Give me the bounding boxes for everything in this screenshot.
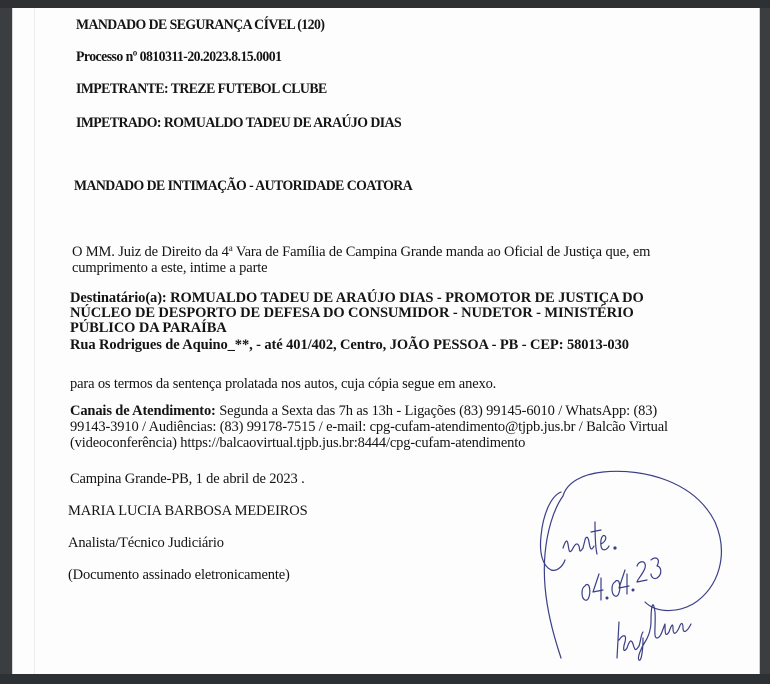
service-channels-line-1: Canais de Atendimento: Segunda a Sexta d…: [70, 403, 657, 419]
recipient-line-3: PÚBLICO DA PARAÍBA: [70, 321, 227, 336]
recipient-line-2: NÚCLEO DE DESPORTO DE DEFESA DO CONSUMID…: [70, 306, 634, 321]
viewer-top-bar: [0, 0, 770, 8]
service-channels-hours: Segunda a Sexta das 7h as 13h - Ligações…: [216, 403, 657, 419]
impetrante: IMPETRANTE: TREZE FUTEBOL CLUBE: [76, 81, 327, 98]
signer-name: MARIA LUCIA BARBOSA MEDEIROS: [68, 503, 308, 519]
service-channels-line-2: 99143-3910 / Audiências: (83) 99178-7515…: [70, 419, 668, 435]
recipient-line-1: Destinatário(a): ROMUALDO TADEU DE ARAÚJ…: [70, 291, 644, 306]
document-title: MANDADO DE SEGURANÇA CÍVEL (120): [76, 17, 324, 34]
intro-text-before: O MM. Juiz de Direito da 4: [72, 244, 229, 260]
process-number: Processo nº 0810311-20.2023.8.15.0001: [76, 49, 281, 66]
intro-text-after: Vara de Família de Campina Grande manda …: [233, 244, 651, 260]
page-edge-line: [34, 8, 35, 674]
intro-line-1: O MM. Juiz de Direito da 4a Vara de Famí…: [72, 244, 650, 260]
recipient-address: Rua Rodrigues de Aquino_**, - até 401/40…: [70, 338, 629, 353]
service-channels-line-3: (videoconferência) https://balcaovirtual…: [70, 435, 525, 451]
impetrado: IMPETRADO: ROMUALDO TADEU DE ARAÚJO DIAS: [76, 115, 401, 132]
terms-text: para os termos da sentença prolatada nos…: [70, 376, 496, 392]
mandate-subject: MANDADO DE INTIMAÇÃO - AUTORIDADE COATOR…: [74, 178, 412, 195]
viewer-bottom-bar: [0, 674, 770, 684]
signer-role: Analista/Técnico Judiciário: [68, 535, 224, 551]
handwritten-signature-icon: [505, 462, 748, 666]
signature-note: (Documento assinado eletronicamente): [68, 567, 290, 583]
service-channels-label: Canais de Atendimento:: [70, 403, 216, 419]
place-and-date: Campina Grande-PB, 1 de abril de 2023 .: [70, 471, 305, 487]
intro-line-2: cumprimento a este, intime a parte: [72, 260, 267, 276]
